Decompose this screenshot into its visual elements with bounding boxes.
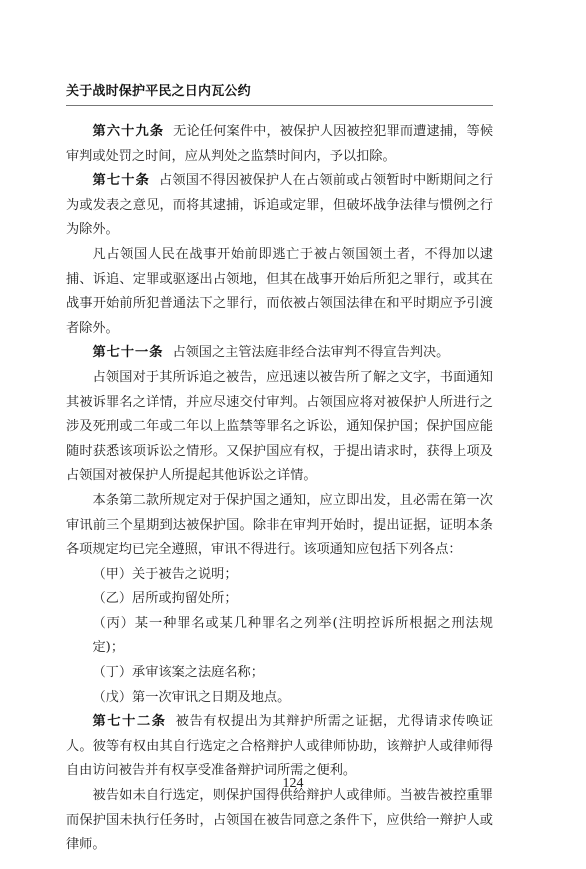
article-70: 第七十条占领国不得因被保护人在占领前或占领暂时中断期间之行为或发表之意见，而将其…: [66, 169, 493, 243]
article-71-paragraph-3: 本条第二款所规定对于保护国之通知，应立即出发，且必需在第一次审讯前三个星期到达被…: [66, 489, 493, 563]
body-text: 第六十九条无论任何案件中，被保护人因被控犯罪而遭逮捕，等候审判或处罚之时间，应从…: [66, 120, 493, 858]
article-72: 第七十二条被告有权提出为其辩护所需之证据，尤得请求传唤证人。彼等有权由其自行选定…: [66, 710, 493, 784]
article-text: 占领国之主管法庭非经合法审判不得宣告判决。: [172, 345, 449, 360]
article-heading: 第七十二条: [93, 714, 167, 729]
list-item: （丙）某一种罪名或某几种罪名之列举(注明控诉所根据之刑法规定)；: [66, 612, 493, 661]
article-72-paragraph-2: 被告如未自行选定，则保护国得供给辩护人或律师。当被告被控重罪而保护国未执行任务时…: [66, 784, 493, 858]
article-71-paragraph-2: 占领国对于其所诉追之被告，应迅速以被告所了解之文字，书面通知其被诉罪名之详情，并…: [66, 366, 493, 489]
list-item: （甲）关于被告之说明；: [66, 563, 493, 588]
list-item: （乙）居所或拘留处所；: [66, 587, 493, 612]
article-heading: 第七十条: [93, 173, 150, 188]
list-item: （戊）第一次审讯之日期及地点。: [66, 686, 493, 711]
page-number: 124: [0, 776, 586, 792]
article-heading: 第七十一条: [93, 345, 164, 360]
list-item: （丁）承审该案之法庭名称；: [66, 661, 493, 686]
article-heading: 第六十九条: [93, 124, 165, 139]
header-divider: [66, 105, 493, 106]
article-71: 第七十一条占领国之主管法庭非经合法审判不得宣告判决。: [66, 341, 493, 366]
article-69: 第六十九条无论任何案件中，被保护人因被控犯罪而遭逮捕，等候审判或处罚之时间，应从…: [66, 120, 493, 169]
running-head: 关于战时保护平民之日内瓦公约: [66, 84, 492, 100]
article-70-paragraph-2: 凡占领国人民在战事开始前即逃亡于被占领国领土者，不得加以逮捕、诉追、定罪或驱逐出…: [66, 243, 493, 341]
